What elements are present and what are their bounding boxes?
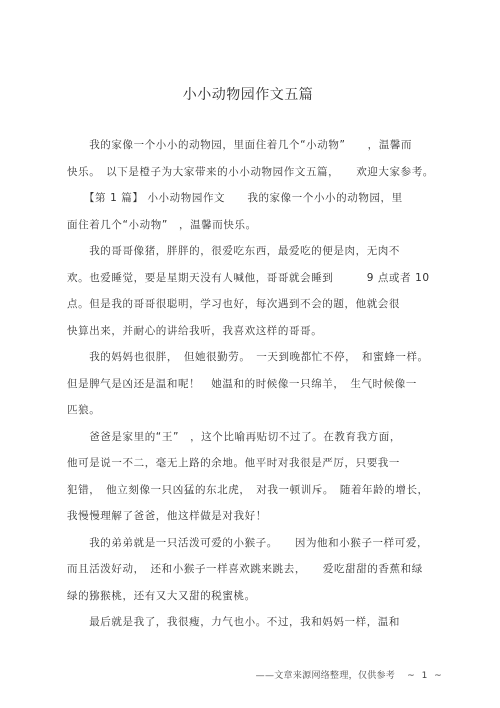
text-line: 我的家像一个小小的动物园，里面住着几个“小动物” ，温馨而 bbox=[67, 132, 437, 159]
document-title: 小小动物园作文五篇 bbox=[0, 86, 496, 104]
text-line: 他可是说一不二，毫无上路的余地。他平时对我很是严厉，只要我一 bbox=[67, 450, 437, 477]
text-line: 点。但是我的哥哥很聪明，学习也好，每次遇到不会的题，他就会很 bbox=[67, 291, 437, 318]
text-line: 我的哥哥像猪，胖胖的，很爱吃东西，最爱吃的便是肉，无肉不 bbox=[67, 238, 437, 265]
text-line: 我的妈妈也很胖， 但她很勤劳。 一天到晚都忙不停， 和蜜蜂一样。 bbox=[67, 344, 437, 371]
text-line: 快算出来，并耐心的讲给我听，我喜欢这样的哥哥。 bbox=[67, 318, 437, 345]
document-footer: ——文章来源网络整理，仅供参考~ 1 ~ bbox=[243, 657, 444, 696]
text-line: 但是脾气是凶还是温和呢！ 她温和的时候像一只绵羊， 生气时候像一 bbox=[67, 371, 437, 398]
text-line: 面住着几个“小动物” ，温馨而快乐。 bbox=[67, 212, 437, 239]
text-line: 匹狼。 bbox=[67, 397, 437, 424]
text-line: 绿的猕猴桃，还有又大又甜的税蜜桃。 bbox=[67, 583, 437, 610]
text-line: 欢。也爱睡觉，要是星期天没有人喊他，哥哥就会睡到 9 点或者 10 bbox=[67, 265, 437, 292]
text-line: 爸爸是家里的“王” ，这个比喻再贴切不过了。在教育我方面， bbox=[67, 424, 437, 451]
document-page: 小小动物园作文五篇 我的家像一个小小的动物园，里面住着几个“小动物” ，温馨而快… bbox=[0, 0, 500, 708]
text-line: 最后就是我了，我很瘦，力气也小。不过，我和妈妈一样，温和 bbox=[67, 609, 437, 636]
text-line: 我慢慢理解了爸爸，他这样做是对我好！ bbox=[67, 503, 437, 530]
footer-source-note: ——文章来源网络整理，仅供参考 bbox=[256, 671, 396, 681]
document-body: 我的家像一个小小的动物园，里面住着几个“小动物” ，温馨而快乐。 以下是橙子为大… bbox=[67, 132, 437, 636]
footer-page-number: ~ 1 ~ bbox=[407, 671, 444, 681]
text-line: 快乐。 以下是橙子为大家带来的小小动物园作文五篇， 欢迎大家参考。 bbox=[67, 159, 437, 186]
text-line: 犯错， 他立刻像一只凶猛的东北虎， 对我一顿训斥。 随着年龄的增长， bbox=[67, 477, 437, 504]
text-line: 我的弟弟就是一只活泼可爱的小猴子。 因为他和小猴子一样可爱， bbox=[67, 530, 437, 557]
text-line: 而且活泼好动， 还和小猴子一样喜欢跳来跳去， 爱吃甜甜的香蕉和绿 bbox=[67, 556, 437, 583]
text-line: 【第 1 篇】 小小动物园作文 我的家像一个小小的动物园，里 bbox=[67, 185, 437, 212]
